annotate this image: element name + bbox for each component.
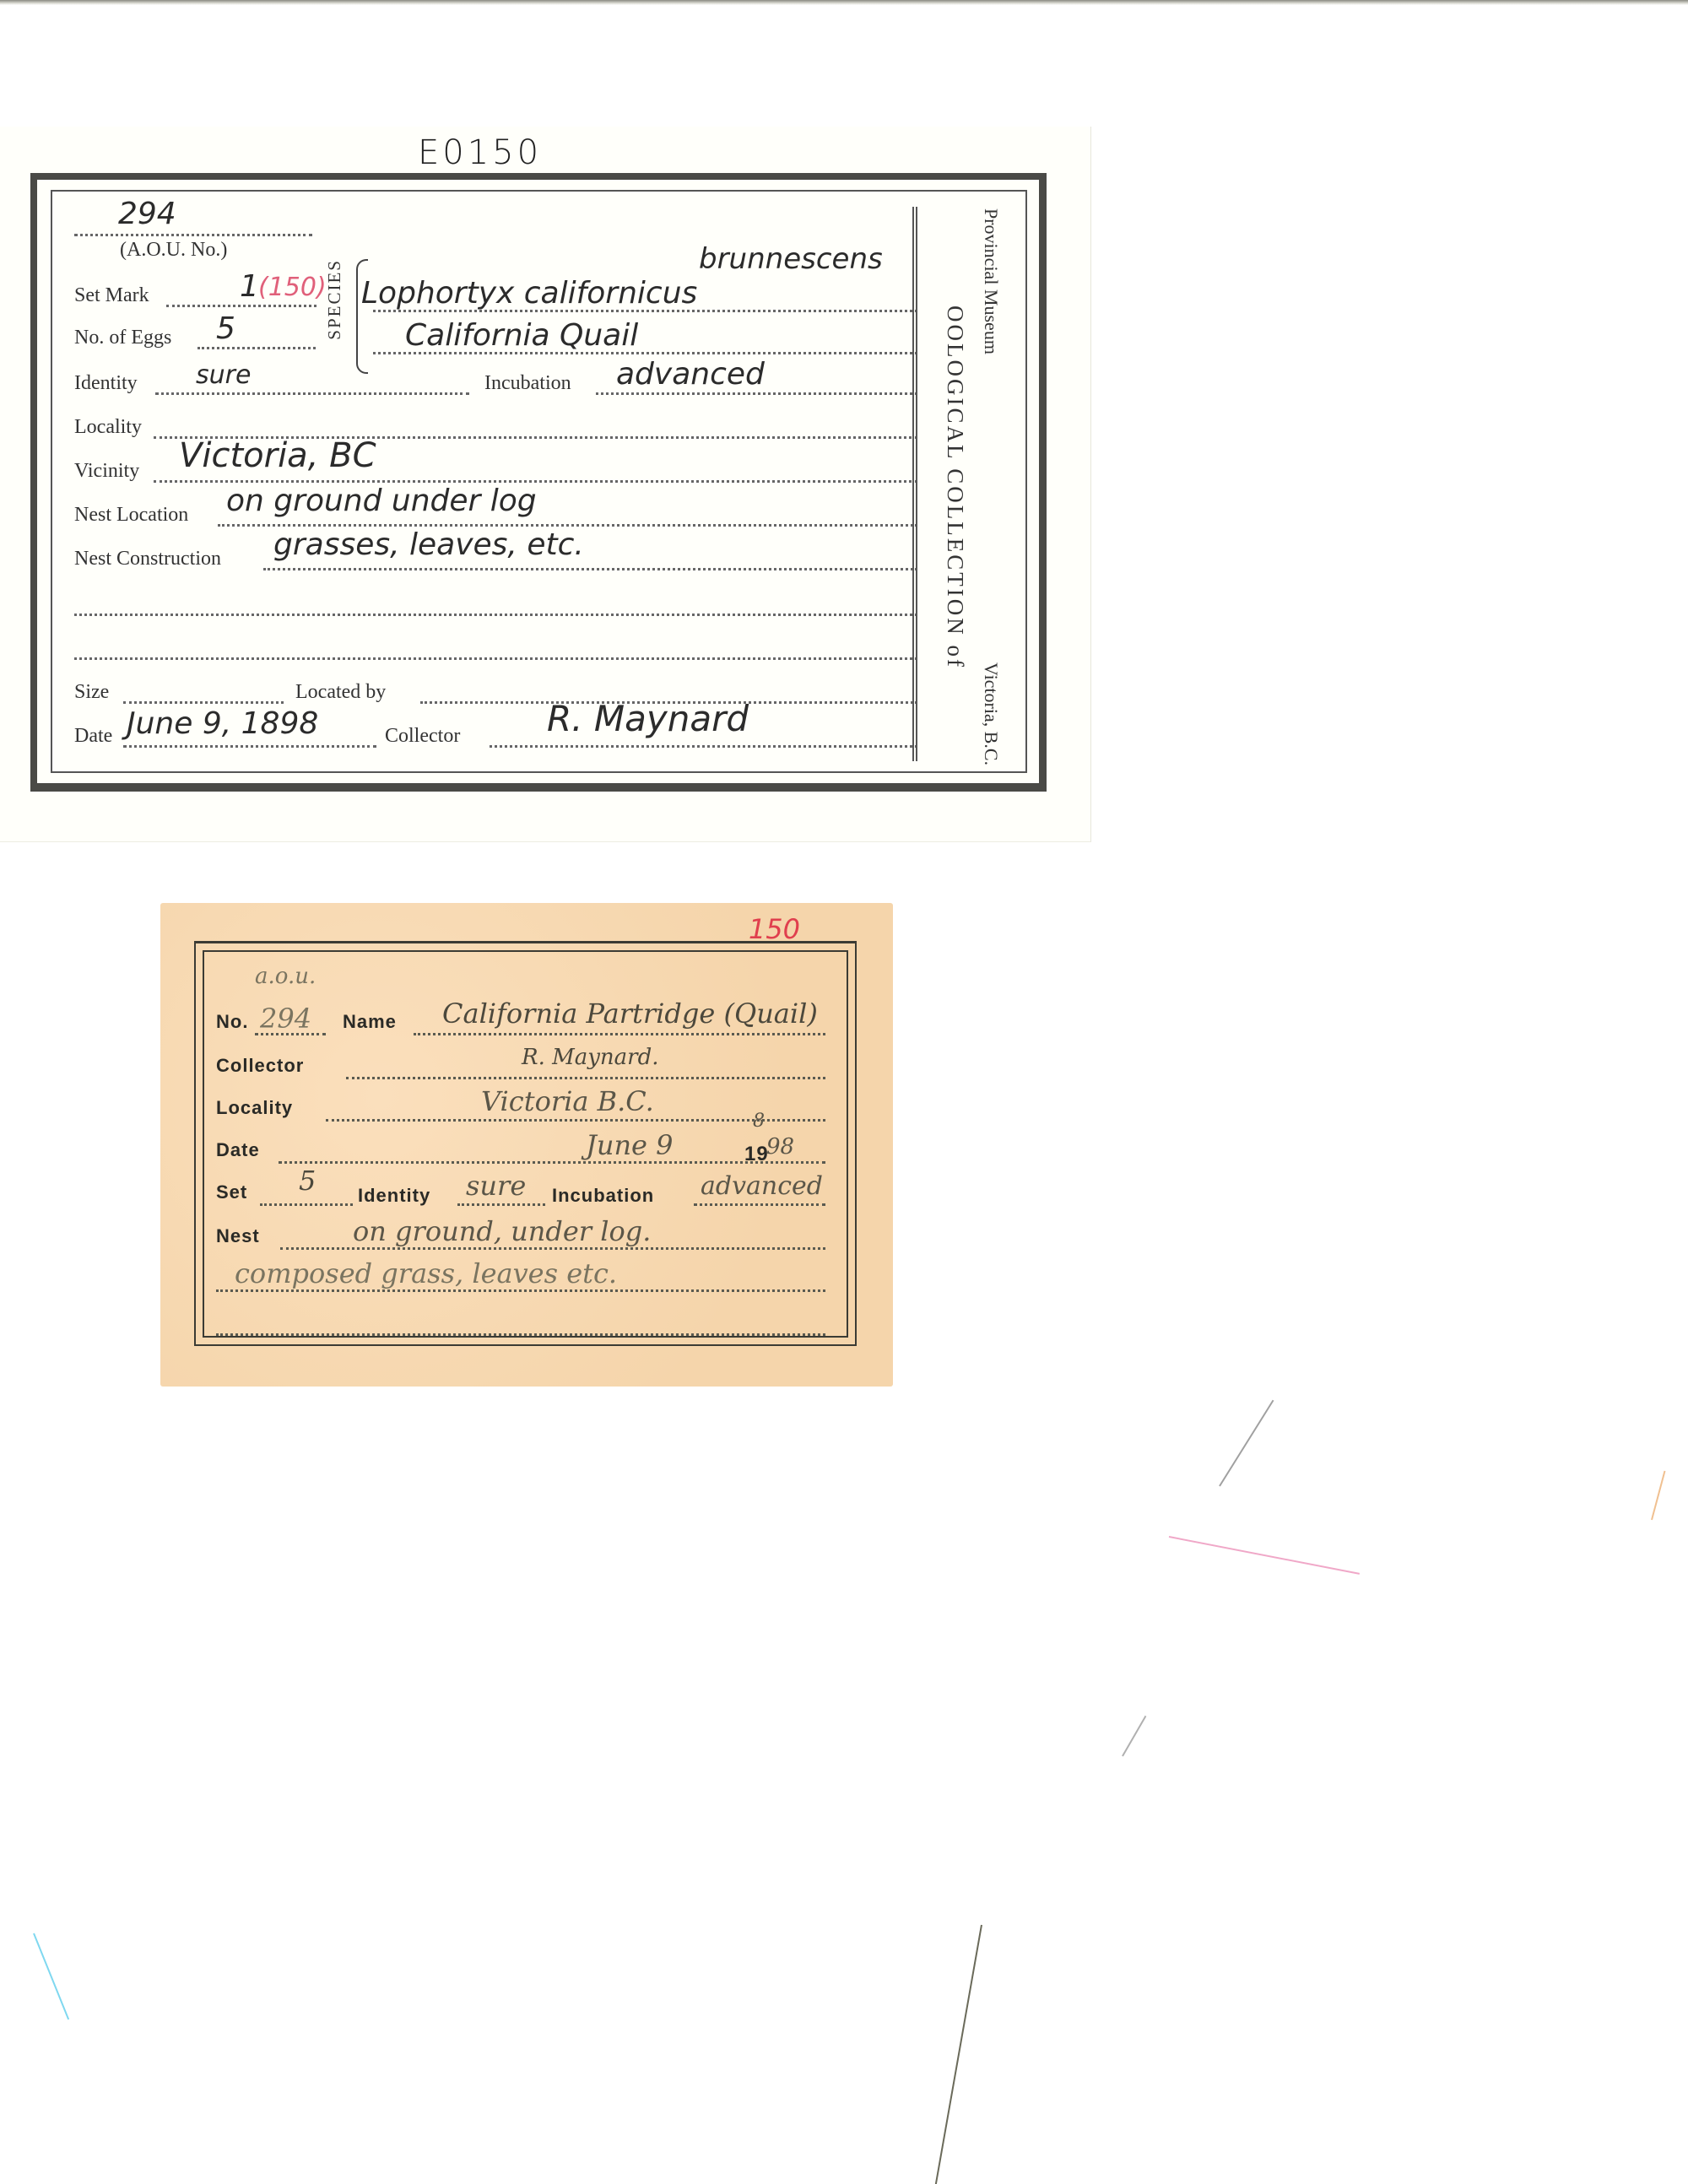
incubation-line	[694, 1203, 825, 1206]
identity-line	[155, 392, 469, 395]
identity-value: sure	[466, 1170, 526, 1202]
incubation-value: advanced	[701, 1171, 823, 1201]
institution-city: Victoria, B.C.	[980, 662, 1002, 765]
collector-label: Collector	[385, 725, 460, 748]
species-line-2	[373, 352, 917, 354]
name-label: Name	[343, 1011, 397, 1033]
incubation-label: Incubation	[552, 1185, 654, 1207]
collector-line	[346, 1077, 825, 1079]
no-of-eggs-line	[197, 347, 316, 349]
date-year-correction: 8	[753, 1111, 765, 1132]
nest-value: on ground, under log.	[353, 1215, 651, 1247]
nest-location-value: on ground under log	[226, 484, 537, 518]
nest-construction-label: Nest Construction	[74, 548, 221, 570]
scan-streak	[1122, 1716, 1146, 1757]
date-value: June 9	[586, 1129, 674, 1161]
identity-label: Identity	[74, 372, 138, 395]
set-line	[260, 1203, 353, 1206]
nest-location-label: Nest Location	[74, 504, 188, 527]
collection-title: OOLOGICAL COLLECTION of	[942, 208, 968, 765]
original-collector-card: 150 a.o.u. No. 294 Name California Partr…	[160, 903, 893, 1387]
identity-line	[457, 1203, 545, 1206]
nest-line-2-value: composed grass, leaves etc.	[235, 1257, 617, 1289]
set-mark-value: 1	[240, 269, 259, 304]
identity-label: Identity	[358, 1185, 430, 1207]
size-label: Size	[74, 681, 109, 704]
card2-border-inner: a.o.u. No. 294 Name California Partridge…	[203, 950, 848, 1338]
incubation-label: Incubation	[484, 372, 571, 395]
identity-value: sure	[196, 360, 251, 390]
card-border-inner: 294 (A.O.U. No.) Set Mark 1 (150) No. of…	[51, 190, 1027, 773]
name-value: California Partridge (Quail)	[442, 997, 818, 1030]
no-label: No.	[216, 1011, 248, 1033]
scan-streak	[33, 1933, 69, 2020]
side-rule	[912, 207, 917, 761]
set-value: 5	[299, 1165, 316, 1197]
locality-value: Victoria B.C.	[481, 1085, 654, 1117]
date-label: Date	[74, 725, 112, 748]
name-line	[414, 1033, 825, 1035]
blank-line	[216, 1333, 825, 1336]
scan-streak	[1651, 1471, 1665, 1520]
scan-streak	[1219, 1400, 1274, 1487]
date-year-written: 98	[766, 1134, 794, 1160]
institution-header: OOLOGICAL COLLECTION of Provincial Museu…	[924, 208, 1009, 765]
aou-number-value: 294	[118, 197, 176, 231]
no-of-eggs-label: No. of Eggs	[74, 327, 171, 349]
collector-line	[490, 745, 917, 748]
aou-number-line	[74, 234, 312, 236]
located-by-label: Located by	[295, 681, 386, 704]
vicinity-value: Victoria, BC	[179, 436, 376, 475]
set-mark-line	[166, 305, 316, 307]
collector-value: R. Maynard.	[522, 1045, 659, 1070]
incubation-value: advanced	[616, 357, 765, 392]
collector-label: Collector	[216, 1055, 304, 1077]
institution-name: Provincial Museum	[980, 208, 1002, 354]
set-label: Set	[216, 1181, 247, 1203]
card-border-outer: 294 (A.O.U. No.) Set Mark 1 (150) No. of…	[30, 173, 1047, 792]
date-label: Date	[216, 1139, 260, 1161]
species-common-name: California Quail	[405, 318, 638, 353]
scan-streak	[935, 1925, 982, 2184]
date-year-printed: 19	[744, 1143, 769, 1166]
blank-line-1	[74, 614, 917, 616]
catalog-number: E0150	[418, 133, 542, 172]
set-mark-annotation: (150)	[258, 273, 327, 302]
date-line	[123, 745, 376, 748]
nest-line	[280, 1247, 825, 1250]
nest-location-line	[218, 524, 917, 527]
card2-border-outer: a.o.u. No. 294 Name California Partridge…	[194, 941, 857, 1346]
date-value: June 9, 1898	[127, 706, 318, 741]
aou-note: a.o.u.	[255, 964, 316, 989]
size-line	[123, 701, 284, 704]
no-value: 294	[260, 1003, 311, 1035]
locality-line	[326, 1119, 825, 1122]
institution-subtitle: Provincial Museum Victoria, B.C.	[980, 208, 1002, 765]
collector-value: R. Maynard	[547, 698, 749, 739]
locality-label: Locality	[74, 416, 142, 439]
aou-number-label: (A.O.U. No.)	[120, 239, 227, 262]
nest-construction-value: grasses, leaves, etc.	[273, 527, 584, 562]
date-line	[279, 1161, 825, 1164]
nest-label: Nest	[216, 1225, 260, 1247]
species-line-1	[373, 310, 917, 312]
nest-line-2	[216, 1289, 825, 1292]
scan-streak	[1169, 1536, 1360, 1575]
species-scientific-name: Lophortyx californicus	[361, 276, 697, 311]
blank-line-2	[74, 657, 917, 660]
scan-top-edge	[0, 0, 1688, 5]
vicinity-label: Vicinity	[74, 460, 139, 483]
no-of-eggs-value: 5	[216, 311, 235, 346]
vicinity-line	[154, 480, 917, 483]
nest-construction-line	[263, 568, 917, 570]
set-mark-label: Set Mark	[74, 284, 149, 307]
incubation-line	[596, 392, 917, 395]
species-subspecies: brunnescens	[699, 242, 883, 276]
oological-data-card: E0150 294 (A.O.U. No.) Set Mark 1 (150) …	[0, 127, 1091, 842]
locality-label: Locality	[216, 1097, 293, 1119]
species-label: SPECIES	[324, 259, 345, 340]
